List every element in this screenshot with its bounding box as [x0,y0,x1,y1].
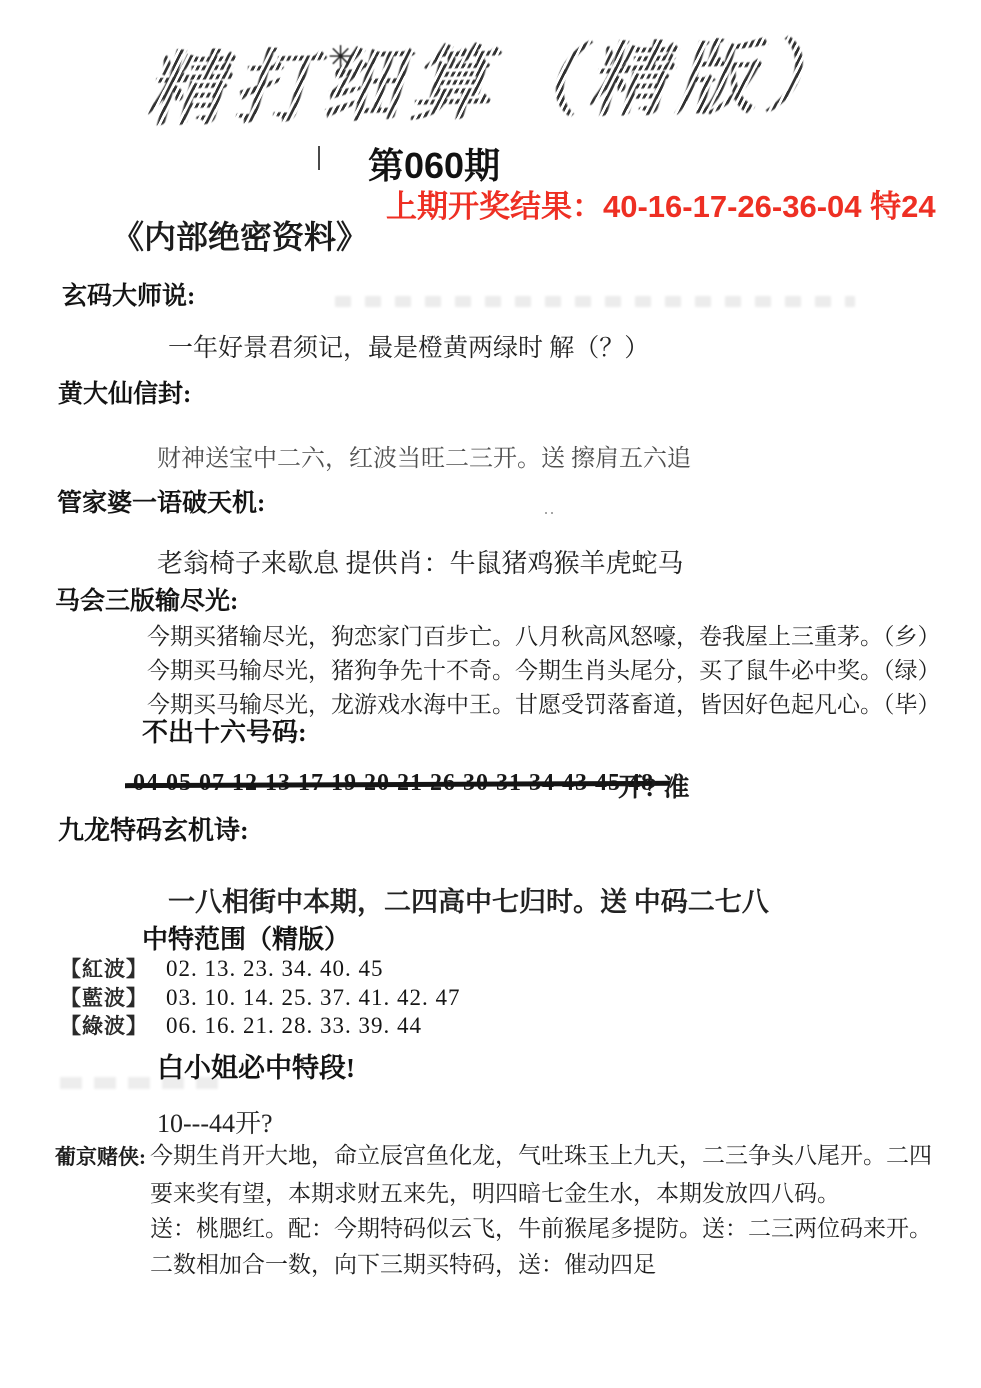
blue-wave-numbers: 03. 10. 14. 25. 37. 41. 42. 47 [166,985,461,1010]
section-label-huangdaxian: 黄大仙信封: [58,374,191,410]
subtitle-secret-material: 《内部绝密资料》 [112,212,368,258]
huangdaxian-poem: 财神送宝中二六，红波当旺二三开。送 擦肩五六追 [157,438,691,473]
star-icon: ✳ [328,40,353,75]
pujing-line-4: 二数相加合一数，向下三期买特码，送：催动四足 [150,1246,656,1279]
excluded-numbers-label: 不出十六号码: [142,712,307,749]
section-label-guanjiapo: 管家婆一语破天机: [57,483,265,519]
guanjiapo-poem: 老翁椅子来歇息 提供肖：牛鼠猪鸡猴羊虎蛇马 [157,543,684,580]
verdict-text: 开? 准 [618,767,690,804]
gray-smudge [60,1077,220,1089]
wave-row-blue: 【藍波】 03. 10. 14. 25. 37. 41. 42. 47 [60,982,461,1012]
jiulong-poem: 一八相街中本期，二四高中七归时。送 中码二七八 [168,880,769,919]
mahui-line-1: 今期买猪输尽光，狗恋家门百步亡。八月秋高风怒嚎，卷我屋上三重茅。（乡） [147,618,941,651]
masthead-title: 精打细算（精版） [138,11,877,141]
red-wave-numbers: 02. 13. 23. 34. 40. 45 [166,956,384,981]
erased-text-smudge [335,296,855,307]
previous-draw-result: 上期开奖结果：40-16-17-26-36-04 特24 [386,181,936,226]
pujing-line-3: 送：桃腮红。配：今期特码似云飞，牛前猴尾多提防。送：二三两位码来开。 [150,1210,932,1243]
mahui-line-2: 今期买马输尽光，猪狗争先十不奇。今期生肖头尾分，买了鼠牛必中奖。（绿） [147,652,941,685]
lottery-tip-sheet: 精打细算（精版） ✳ 第060期 上期开奖结果：40-16-17-26-36-0… [0,0,981,1388]
section-label-xuanma: 玄码大师说: [62,276,195,312]
ink-dots-smudge: ‥ [543,498,558,519]
section-label-pujing: 葡京赌侠: [55,1141,146,1171]
section-label-jiulong: 九龙特码玄机诗: [58,810,249,847]
wave-row-green: 【綠波】 06. 16. 21. 28. 33. 39. 44 [60,1010,422,1040]
green-wave-numbers: 06. 16. 21. 28. 33. 39. 44 [166,1013,422,1038]
wave-row-red: 【紅波】 02. 13. 23. 34. 40. 45 [60,953,384,983]
red-wave-label: 【紅波】 [60,957,148,981]
excluded-numbers-strikethrough: 04 05 07 12 13 17 19 20 21 26 30 31 34 4… [133,770,654,797]
xuanma-poem: 一年好景君须记，最是橙黄两绿时 解（？） [168,328,649,364]
zhongte-range-label: 中特范围（精版） [142,919,350,956]
pujing-line-1: 今期生肖开大地，命立辰宫鱼化龙，气吐珠玉上九天，二三争头八尾开。二四 [150,1137,932,1170]
section-label-mahui: 马会三版输尽光: [55,581,238,617]
blue-wave-label: 【藍波】 [60,986,148,1010]
green-wave-label: 【綠波】 [60,1014,148,1038]
baixiaojie-range: 10---44开? [157,1103,273,1140]
pujing-line-2: 要来奖有望，本期求财五来先，明四暗七金生水，本期发放四八码。 [150,1175,840,1208]
scan-tick-mark [318,146,320,170]
